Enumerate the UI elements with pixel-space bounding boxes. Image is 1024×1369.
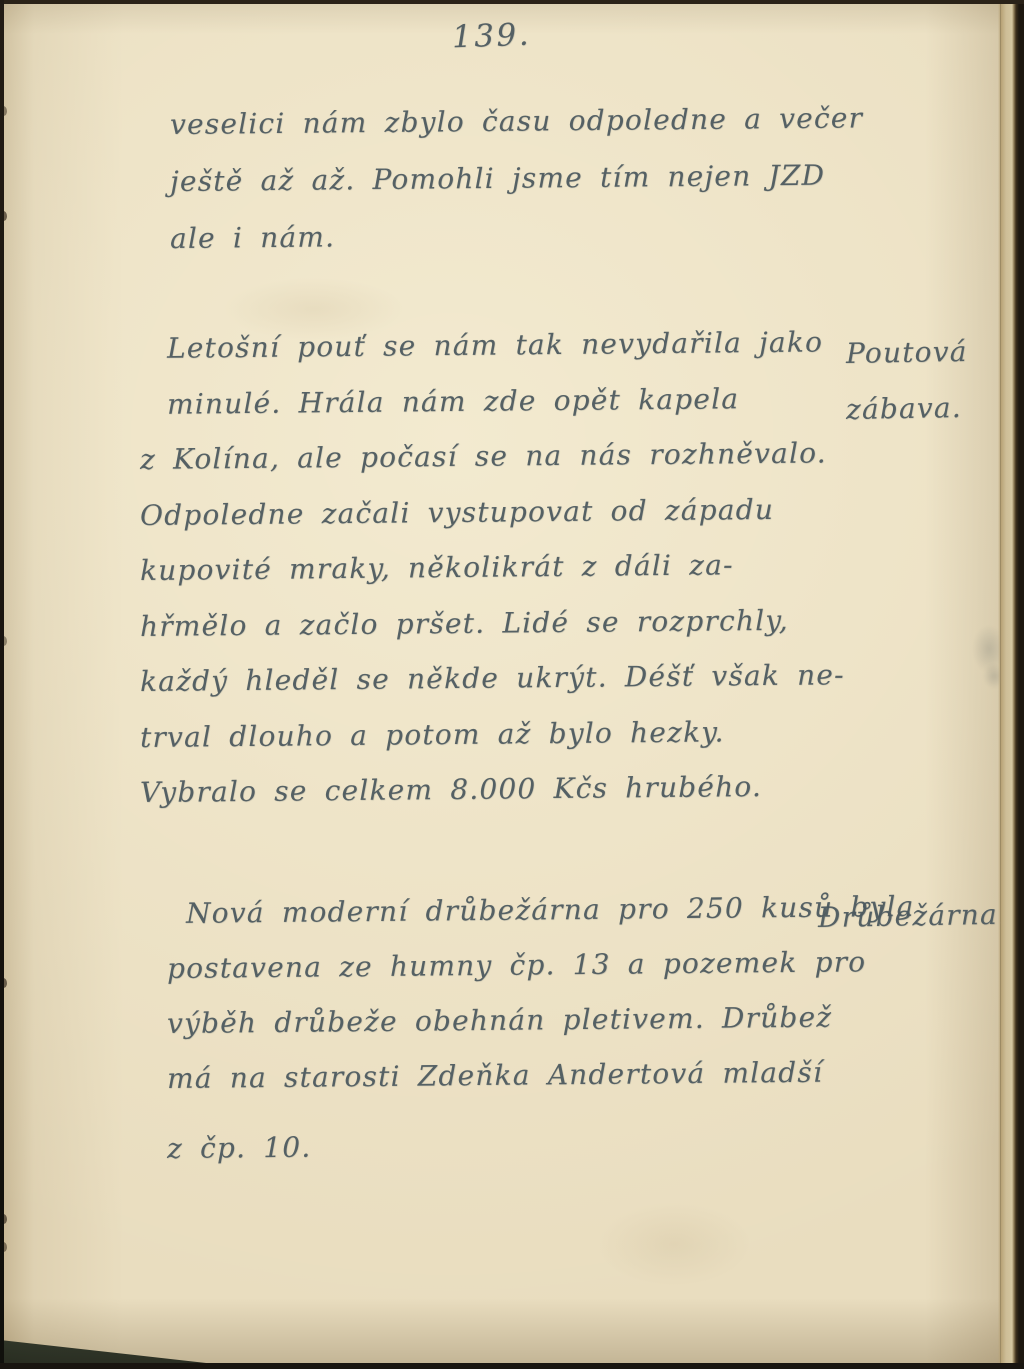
scanned-chronicle-page: 139. veselici nám zbylo času odpoledne a…: [0, 0, 1024, 1369]
page-number: 139.: [451, 17, 531, 56]
text-line: kupovité mraky, několikrát z dáli za-: [140, 536, 845, 598]
text-line: veselici nám zbylo času odpoledne a veče…: [170, 89, 864, 153]
text-line: Vybralo se celkem 8.000 Kčs hrubého.: [140, 758, 845, 820]
text-line: z Kolína, ale počasí se na nás rozhněval…: [140, 425, 845, 487]
text-line: má na starosti Zdeňka Andertová mladší: [167, 1044, 915, 1106]
text-line: minulé. Hrála nám zde opět kapela: [140, 370, 845, 432]
paper-stain: [184, 264, 444, 354]
text-line: Odpoledne začali vystupovat od západu: [140, 481, 845, 543]
margin-note-line: Drůbežárna.: [818, 887, 1009, 946]
text-line: ještě až až. Pomohli jsme tím nejen JZD: [170, 146, 864, 210]
page-stack-right-edge: [998, 0, 1024, 1369]
scan-edge-top: [0, 0, 1024, 4]
text-line: postavena ze humny čp. 13 a pozemek pro: [167, 934, 915, 996]
text-line: trval dlouho a potom až bylo hezky.: [140, 703, 845, 765]
margin-note-line: Poutová: [846, 324, 969, 382]
paragraph-intro: veselici nám zbylo času odpoledne a veče…: [170, 96, 863, 267]
paper-stain: [564, 1184, 784, 1304]
paper-sheet: 139. veselici nám zbylo času odpoledne a…: [4, 4, 1000, 1363]
margin-note-drubezarna: Drůbežárna.: [818, 890, 1008, 946]
text-line: Nová moderní drůbežárna pro 250 kusů byl…: [167, 879, 915, 941]
text-line: výběh drůbeže obehnán pletivem. Drůbež: [167, 989, 915, 1051]
text-line: z čp. 10.: [167, 1114, 915, 1176]
margin-note-poutova-zabava: Poutová zábava.: [846, 326, 968, 438]
paragraph-pout: Letošní pouť se nám tak nevydařila jako …: [140, 321, 845, 821]
text-line: každý hleděl se někde ukrýt. Déšť však n…: [140, 647, 845, 709]
paragraph-drubezarna: Nová moderní drůbežárna pro 250 kusů byl…: [167, 886, 915, 1176]
text-line: ale i nám.: [170, 203, 864, 267]
text-line: hřmělo a začlo pršet. Lidé se rozprchly,: [140, 592, 845, 654]
scan-edge-bottom: [0, 1363, 1024, 1369]
book-spine-edge: [0, 0, 4, 1369]
margin-note-line: zábava.: [846, 380, 969, 438]
